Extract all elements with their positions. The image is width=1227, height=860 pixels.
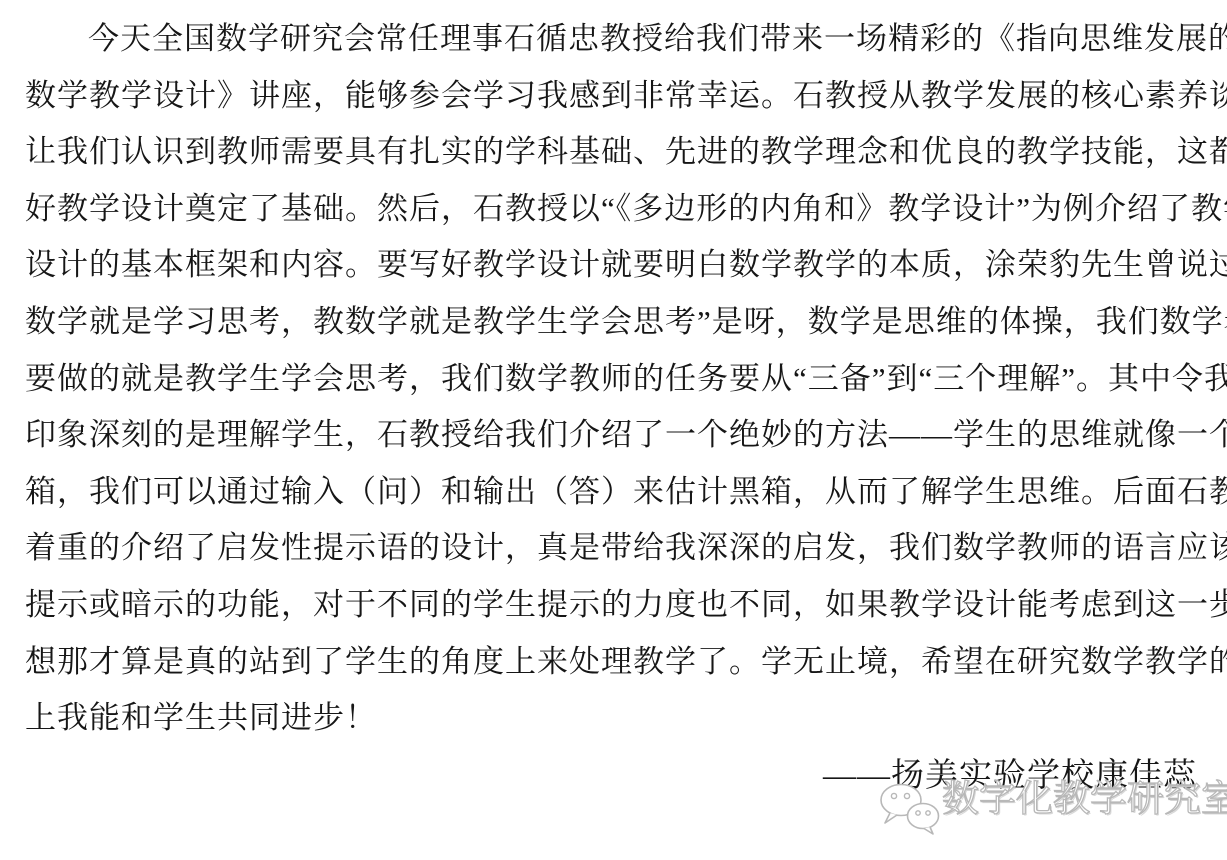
essay-body: 今天全国数学研究会常任理事石循忠教授给我们带来一场精彩的《指向思维发展的初中 数… (25, 11, 1200, 747)
essay-line: 上我能和学生共同进步！ (25, 690, 1200, 747)
essay-line: 印象深刻的是理解学生，石教授给我们介绍了一个绝妙的方法——学生的思维就像一个黑 (25, 407, 1200, 464)
watermark: 数字化教学研究室 (878, 779, 1227, 840)
essay-line: 数学教学设计》讲座，能够参会学习我感到非常幸运。石教授从教学发展的核心素养谈起， (25, 68, 1200, 125)
essay-line: 提示或暗示的功能，对于不同的学生提示的力度也不同，如果教学设计能考虑到这一步，我 (25, 577, 1200, 634)
essay-page: 今天全国数学研究会常任理事石循忠教授给我们带来一场精彩的《指向思维发展的初中 数… (0, 0, 1227, 860)
wechat-icon (878, 783, 942, 840)
essay-line: 要做的就是教学生学会思考，我们数学教师的任务要从“三备”到“三个理解”。其中令我 (25, 351, 1200, 408)
essay-line: 箱，我们可以通过输入（问）和输出（答）来估计黑箱，从而了解学生思维。后面石教授还 (25, 464, 1200, 521)
essay-line: 让我们认识到教师需要具有扎实的学科基础、先进的教学理念和优良的教学技能，这都为写 (25, 124, 1200, 181)
essay-line: 着重的介绍了启发性提示语的设计，真是带给我深深的启发，我们数学教师的语言应该具有 (25, 520, 1200, 577)
essay-line: 好教学设计奠定了基础。然后，石教授以“《多边形的内角和》教学设计”为例介绍了教学 (25, 181, 1200, 238)
essay-line: 数学就是学习思考，教数学就是教学生学会思考”是呀，数学是思维的体操，我们数学老师 (25, 294, 1200, 351)
essay-line: 设计的基本框架和内容。要写好教学设计就要明白数学教学的本质，涂荣豹先生曾说过“学 (25, 237, 1200, 294)
essay-line: 今天全国数学研究会常任理事石循忠教授给我们带来一场精彩的《指向思维发展的初中 (25, 11, 1200, 68)
essay-line: 想那才算是真的站到了学生的角度上来处理教学了。学无止境，希望在研究数学教学的道路 (25, 634, 1200, 691)
watermark-text: 数字化教学研究室 (942, 779, 1227, 821)
